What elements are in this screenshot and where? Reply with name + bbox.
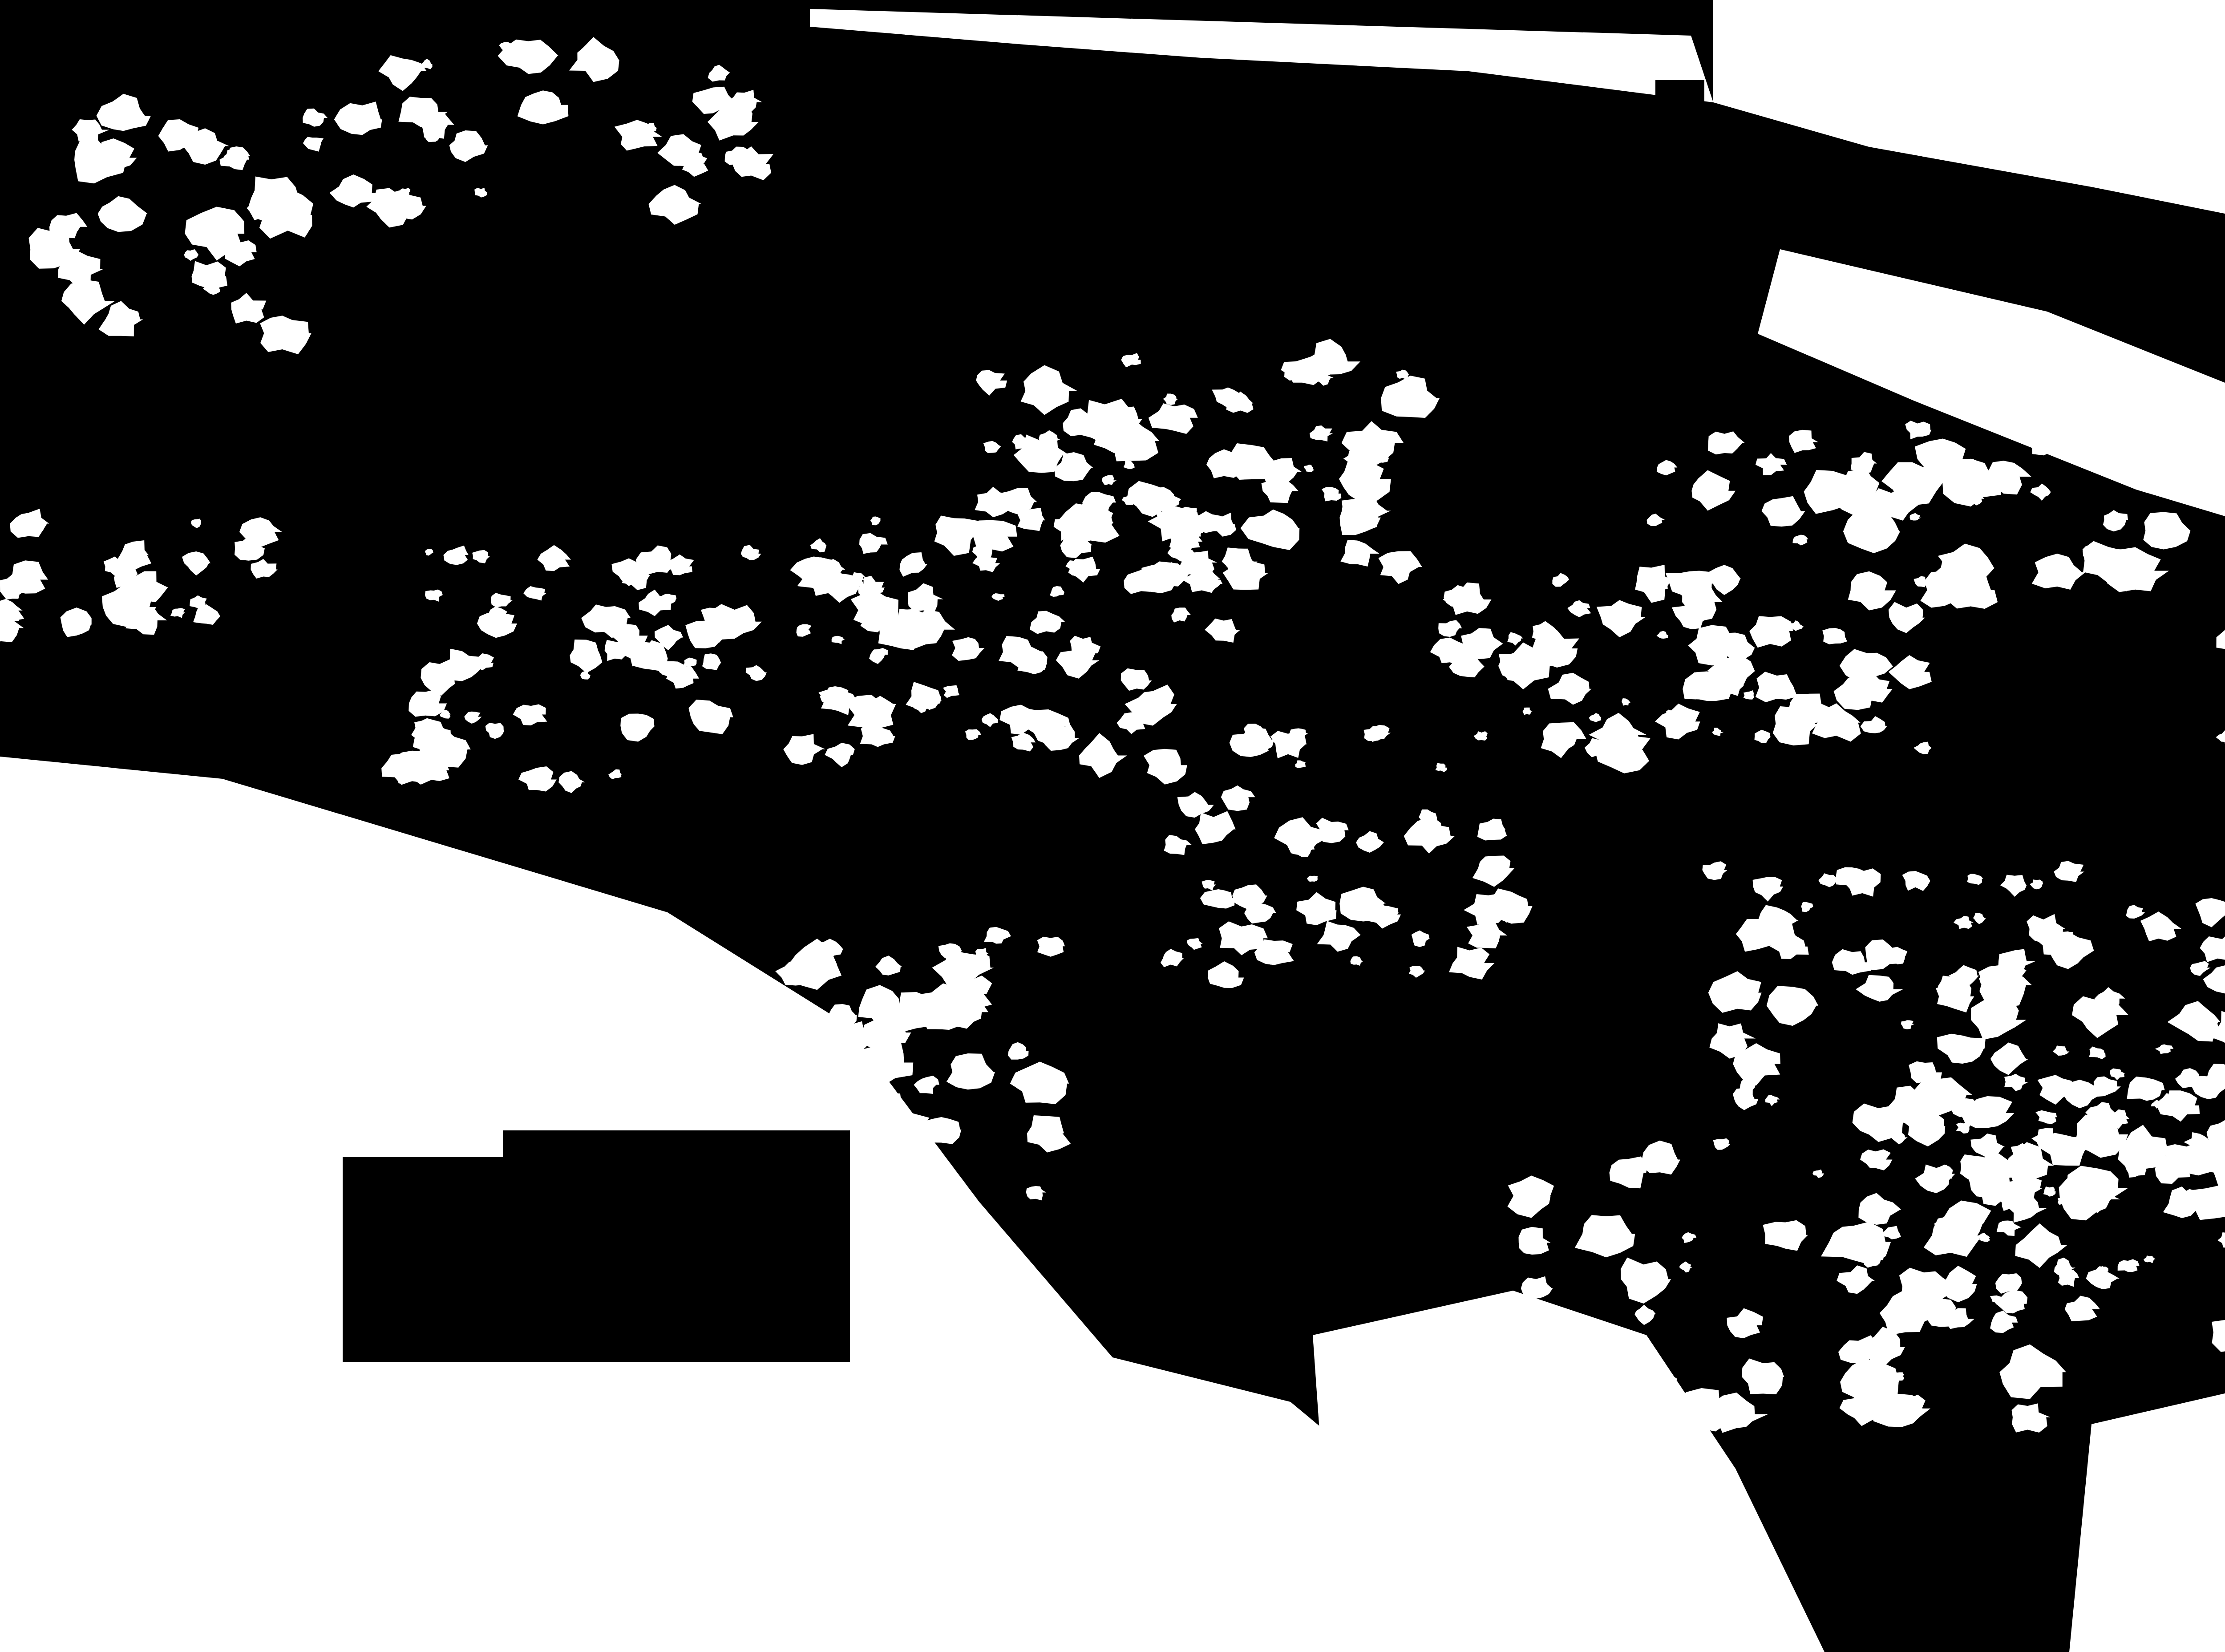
cloud-mask-image — [0, 0, 2225, 1652]
